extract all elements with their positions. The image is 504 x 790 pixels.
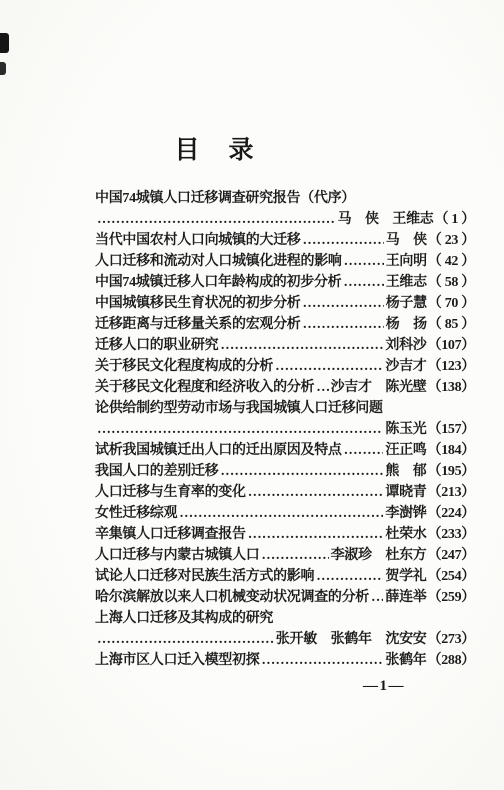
page-title: 目 录 xyxy=(0,130,430,166)
scan-artifact xyxy=(0,62,6,75)
entry-page-number: （157） xyxy=(428,419,476,440)
entry-page-number: （ 58 ） xyxy=(428,272,475,293)
toc-entry: 人口迁移与生育率的变化 …………………………………………………………………………… xyxy=(95,482,475,503)
entry-title: 人口迁移与生育率的变化 xyxy=(95,482,246,503)
toc-entry: 哈尔滨解放以来人口机械变动状况调查的分析 …………………………………………………… xyxy=(95,587,475,608)
entry-authors: 沙吉才 陈光壁 xyxy=(331,377,427,398)
entry-authors: 李澍铧 xyxy=(385,503,426,524)
toc-entry: 试析我国城镇迁出人口的迁出原因及特点 ………………………………………………………… xyxy=(95,440,475,461)
toc-entry: 迁移人口的职业研究 ………………………………………………………………………………… xyxy=(95,335,475,356)
toc-entry: 中国城镇移民生育状况的初步分析 ………………………………………………………………… xyxy=(95,293,475,314)
dotted-leader: …………………………………………………………………………………………………………… xyxy=(261,650,383,671)
dotted-leader: …………………………………………………………………………………………………………… xyxy=(248,524,384,545)
entry-title: 上海市区人口迁入模型初探 xyxy=(95,650,259,671)
entry-page-number: （ 85 ） xyxy=(428,314,475,335)
dotted-leader: …………………………………………………………………………………………………………… xyxy=(344,251,384,272)
dotted-leader: …………………………………………………………………………………………………………… xyxy=(97,209,336,230)
dotted-leader: …………………………………………………………………………………………………………… xyxy=(303,293,384,314)
dotted-leader: …………………………………………………………………………………………………………… xyxy=(97,419,383,440)
entry-authors: 张开敏 张鹤年 沈安安 xyxy=(276,629,427,650)
entry-title: 关于移民文化程度和经济收入的分析 xyxy=(95,377,314,398)
entry-page-number: （ 23 ） xyxy=(428,230,475,251)
entry-authors: 陈玉光 xyxy=(385,419,426,440)
toc-entry: 试论人口迁移对民族生活方式的影响 ……………………………………………………………… xyxy=(95,566,475,587)
dotted-leader: …………………………………………………………………………………………………………… xyxy=(97,629,274,650)
toc-entry: 上海市区人口迁入模型初探 ………………………………………………………………………… xyxy=(95,650,475,671)
dotted-leader: …………………………………………………………………………………………………………… xyxy=(220,335,383,356)
scanned-toc-page: 目 录 中国74城镇人口迁移调查研究报告（代序） ………………………………………… xyxy=(0,0,504,790)
entry-title: 辛集镇人口迁移调查报告 xyxy=(95,524,246,545)
entry-page-number: （247） xyxy=(428,545,476,566)
dotted-leader: …………………………………………………………………………………………………………… xyxy=(303,230,384,251)
dotted-leader: …………………………………………………………………………………………………………… xyxy=(344,440,384,461)
entry-title: 人口迁移与内蒙古城镇人口 xyxy=(95,545,259,566)
entry-authors: 谭晓青 xyxy=(385,482,426,503)
entry-page-number: （224） xyxy=(428,503,476,524)
entry-title: 迁移距离与迁移量关系的宏观分析 xyxy=(95,314,301,335)
entry-authors: 薛连举 xyxy=(385,587,426,608)
dotted-leader: …………………………………………………………………………………………………………… xyxy=(220,461,383,482)
toc-entry: 女性迁移综观 ………………………………………………………………………………………… xyxy=(95,503,475,524)
entry-page-number: （ 1 ） xyxy=(435,209,476,230)
dotted-leader: …………………………………………………………………………………………………………… xyxy=(343,272,383,293)
entry-authors: 张鹤年 xyxy=(385,650,426,671)
dotted-leader: …………………………………………………………………………………………………………… xyxy=(316,566,383,587)
dotted-leader: …………………………………………………………………………………………………………… xyxy=(261,545,328,566)
scan-artifact xyxy=(0,33,9,53)
entry-page-number: （259） xyxy=(428,587,476,608)
dotted-leader: …………………………………………………………………………………………………………… xyxy=(275,356,383,377)
entry-page-number: （273） xyxy=(428,629,476,650)
toc-entry: 辛集镇人口迁移调查报告 …………………………………………………………………………… xyxy=(95,524,475,545)
entry-authors: 贺学礼 xyxy=(385,566,426,587)
entry-title: 试析我国城镇迁出人口的迁出原因及特点 xyxy=(95,440,342,461)
entry-title: 论供给制约型劳动市场与我国城镇人口迁移问题 xyxy=(95,398,383,419)
entry-page-number: （184） xyxy=(428,440,476,461)
entry-title: 上海人口迁移及其构成的研究 xyxy=(95,608,273,629)
entry-authors: 杨 扬 xyxy=(386,314,427,335)
toc-entry: 上海人口迁移及其构成的研究 xyxy=(95,608,475,629)
entry-page-number: （288） xyxy=(428,650,476,671)
toc-entry: …………………………………………………………………………………………………………… xyxy=(95,419,475,440)
page-number-footer: —1— xyxy=(363,678,405,695)
toc-entry: 人口迁移与内蒙古城镇人口 ………………………………………………………………………… xyxy=(95,545,475,566)
entry-title: 当代中国农村人口向城镇的大迁移 xyxy=(95,230,301,251)
toc-entry: 关于移民文化程度构成的分析 ……………………………………………………………………… xyxy=(95,356,475,377)
entry-title: 哈尔滨解放以来人口机械变动状况调查的分析 xyxy=(95,587,369,608)
toc-entry: 中国74城镇迁移人口年龄构成的初步分析 ……………………………………………………… xyxy=(95,272,475,293)
entry-authors: 马 侠 王维志 xyxy=(338,209,434,230)
entry-title: 人口迁移和流动对人口城镇化进程的影响 xyxy=(95,251,342,272)
entry-authors: 李淑珍 杜东方 xyxy=(331,545,427,566)
entry-authors: 马 侠 xyxy=(386,230,427,251)
toc-entry: 中国74城镇人口迁移调查研究报告（代序） xyxy=(95,188,475,209)
entry-authors: 王向明 xyxy=(386,251,427,272)
entry-authors: 熊 郁 xyxy=(385,461,426,482)
entry-page-number: （138） xyxy=(428,377,476,398)
toc-entry: 我国人口的差别迁移 ………………………………………………………………………………… xyxy=(95,461,475,482)
entry-authors: 汪正鸣 xyxy=(385,440,426,461)
toc-entry: …………………………………………………………………………………………………………… xyxy=(95,209,475,230)
toc-entry: 当代中国农村人口向城镇的大迁移 ………………………………………………………………… xyxy=(95,230,475,251)
toc-entry: 关于移民文化程度和经济收入的分析 ……………………………………………………………… xyxy=(95,377,475,398)
dotted-leader: …………………………………………………………………………………………………………… xyxy=(303,314,384,335)
entry-page-number: （107） xyxy=(428,335,476,356)
entry-page-number: （ 70 ） xyxy=(428,293,475,314)
entry-authors: 刘科沙 xyxy=(385,335,426,356)
dotted-leader: …………………………………………………………………………………………………………… xyxy=(248,482,384,503)
entry-page-number: （233） xyxy=(428,524,476,545)
entry-title: 我国人口的差别迁移 xyxy=(95,461,218,482)
entry-authors: 杨子慧 xyxy=(386,293,427,314)
toc-entry: 论供给制约型劳动市场与我国城镇人口迁移问题 xyxy=(95,398,475,419)
entry-title: 中国城镇移民生育状况的初步分析 xyxy=(95,293,301,314)
entry-page-number: （254） xyxy=(428,566,476,587)
entry-authors: 王维志 xyxy=(386,272,427,293)
toc-entry: 迁移距离与迁移量关系的宏观分析 ………………………………………………………………… xyxy=(95,314,475,335)
entry-title: 中国74城镇迁移人口年龄构成的初步分析 xyxy=(95,272,341,293)
entry-authors: 杜荣水 xyxy=(385,524,426,545)
dotted-leader: …………………………………………………………………………………………………………… xyxy=(179,503,383,524)
dotted-leader: …………………………………………………………………………………………………………… xyxy=(371,587,383,608)
entry-title: 关于移民文化程度构成的分析 xyxy=(95,356,273,377)
toc-list: 中国74城镇人口迁移调查研究报告（代序） …………………………………………………… xyxy=(95,188,475,671)
entry-title: 中国74城镇人口迁移调查研究报告（代序） xyxy=(95,188,355,209)
entry-page-number: （213） xyxy=(428,482,476,503)
entry-page-number: （195） xyxy=(428,461,476,482)
entry-title: 女性迁移综观 xyxy=(95,503,177,524)
entry-page-number: （123） xyxy=(428,356,476,377)
entry-page-number: （ 42 ） xyxy=(428,251,475,272)
entry-title: 试论人口迁移对民族生活方式的影响 xyxy=(95,566,314,587)
entry-authors: 沙吉才 xyxy=(385,356,426,377)
entry-title: 迁移人口的职业研究 xyxy=(95,335,218,356)
toc-entry: …………………………………………………………………………………………………………… xyxy=(95,629,475,650)
dotted-leader: …………………………………………………………………………………………………………… xyxy=(316,377,328,398)
toc-entry: 人口迁移和流动对人口城镇化进程的影响 ………………………………………………………… xyxy=(95,251,475,272)
